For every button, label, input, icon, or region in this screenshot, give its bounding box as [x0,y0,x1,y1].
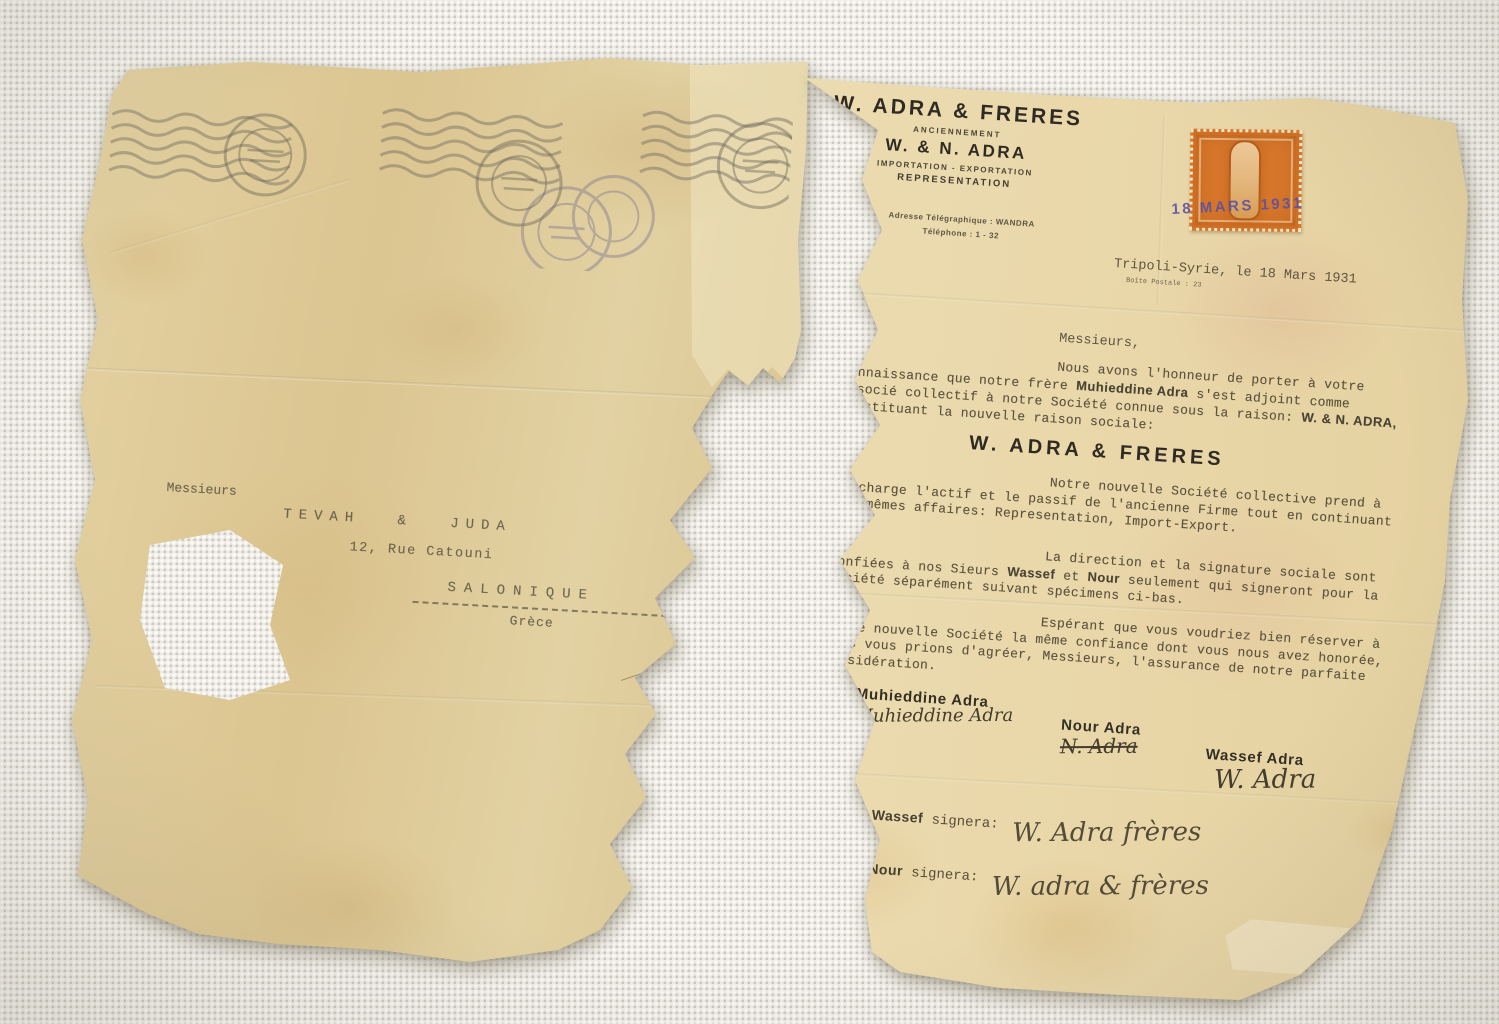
paragraph-text: et [1055,567,1088,584]
specimen-nour: Notre Sieur Nour signera:W. adra & frère… [767,850,1210,908]
specimen-text: Notre Sieur [771,802,873,824]
specimen-text: signera: [902,865,978,886]
bold-name: Wassef [1007,563,1056,581]
letter-crease [840,772,1439,806]
po-box: Boîte Postale : 23 [1126,277,1202,290]
signature-wassef: W. Adra [1214,765,1316,796]
letterhead-company: W. ADRA & FRERES [828,91,1089,132]
signatory-muhieddine: Muhieddine Adra Muhieddine Adra [854,685,1015,731]
paragraph-text: Notre nouvelle Société collective prend … [833,475,1393,535]
signature-muhieddine: Muhieddine Adra [854,705,1013,727]
letter-salutation: Messieurs, [1059,332,1141,352]
letter-corner-fold [1224,918,1436,983]
bold-name: Wassef [871,807,923,826]
paragraph-text: Espérant que vous voudriez bien réserver… [823,615,1384,684]
specimen-signature-wassef: W. Adra frères [1012,817,1201,848]
bold-name: Nour [868,860,904,878]
signatory-wassef: Wassef Adra W. Adra [1203,746,1318,798]
letterhead: W. ADRA & FRERES ANCIENNEMENT W. & N. AD… [824,91,1089,195]
photo-scene: Messieurs TEVAH & JUDA 12, Rue Catouni S… [0,0,1499,1024]
bold-name: W. & N. ADRA, [1301,409,1397,430]
signatory-nour: Nour Adra N. Adra [1059,717,1141,761]
specimen-wassef: Notre Sieur Wassef signera:W. Adra frère… [770,796,1202,854]
letterhead-contact: Adresse Télégraphique : WANDRA Téléphone… [855,206,1066,247]
specimen-text: signera: [923,812,999,833]
letter-content: W. ADRA & FRERES ANCIENNEMENT W. & N. AD… [810,85,1449,126]
bold-name: Nour [1087,568,1120,585]
letter-shadow: W. ADRA & FRERES ANCIENNEMENT W. & N. AD… [0,0,1499,1024]
postage-stamp [1189,129,1302,232]
letter-crease [1157,115,1167,305]
letter: W. ADRA & FRERES ANCIENNEMENT W. & N. AD… [770,60,1482,1024]
specimen-text: Notre Sieur [767,856,869,878]
specimen-signature-nour: W. adra & frères [992,871,1209,902]
signature-nour: N. Adra [1060,734,1138,758]
letter-crease [831,290,1470,332]
